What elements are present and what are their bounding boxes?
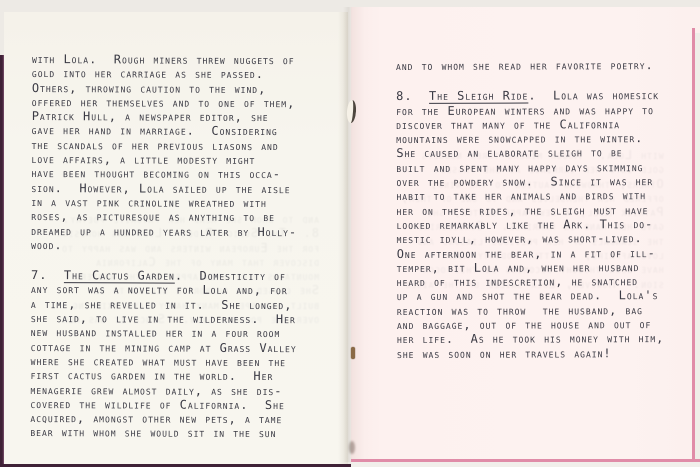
text-line: One afternoon the bear, in a fit of ill- (397, 246, 664, 261)
text-line: wood. (31, 238, 297, 253)
text-line: Others, throwing caution to the wind, (32, 81, 298, 96)
text-line: love affairs, a little modesty might (32, 152, 298, 167)
text-line: first cactus garden in the world. Her (31, 368, 297, 383)
underlined-heading: The Sleigh Ride (429, 89, 528, 103)
text-line: looked remarkably like the Ark. This do- (397, 217, 664, 232)
text-line: built and spent many happy days skimming (396, 160, 663, 175)
text-line: new husband installed her in a four room (31, 325, 297, 340)
text-line: for the European winters and was happy t… (396, 103, 663, 118)
text-line: habit to take her animals and birds with (396, 188, 663, 203)
text-line: mountains were snowcapped in the winter. (396, 131, 663, 146)
text-line: heard of this indescretion, he snatched (397, 274, 664, 289)
paragraph: and to whom she read her favorite poetry… (396, 58, 663, 73)
text-line: menagerie grew almost daily, as she dis- (30, 383, 296, 398)
text-line: discover that many of the California (396, 117, 663, 132)
text-line: the scandals of her previous liasons and (32, 138, 298, 153)
text-line: gave her hand in marriage. Considering (32, 123, 298, 138)
gutter-shadow (343, 7, 355, 462)
text-line: gold into her carriage as she passed. (32, 66, 298, 81)
text-line: she was soon on her travels again! (397, 346, 664, 361)
text-line: have been thought becoming on this occa- (31, 166, 297, 181)
text-line: up a gun and shot the bear dead. Lola's (397, 289, 664, 304)
text-line: acquired, amongst other new pets, a tame (30, 411, 296, 426)
paragraph: with Lola. Rough miners threw nuggets of… (31, 52, 298, 253)
text-line: over the powdery snow. Since it was her (396, 174, 663, 189)
text-line: covered the wildlife of California. She (30, 397, 296, 412)
text-line: offered her themselves and to one of the… (32, 95, 298, 110)
gutter-smudge (349, 441, 355, 454)
text-line: bear with whom she would sit in the sun (30, 425, 296, 440)
text-line: her life. As he took his money with him, (397, 331, 664, 346)
text-line: temper, bit Lola and, when her husband (397, 260, 664, 275)
text-line: 7. The Cactus Garden. Domesticity of (31, 268, 297, 283)
text-line: and baggage, out of the house and out of (397, 317, 664, 332)
paragraph: 8. The Sleigh Ride. Lola was homesickfor… (396, 88, 664, 361)
text-line: 8. The Sleigh Ride. Lola was homesick (396, 88, 663, 103)
staple (351, 347, 355, 359)
scan-strip-right (695, 33, 700, 459)
text-line: with Lola. Rough miners threw nuggets of (32, 52, 298, 67)
text-line: any sort was a novelty for Lola and, for (31, 282, 297, 297)
text-line: She caused an elaborate sleigh to be (396, 146, 663, 161)
text-line: dreamed up a hundred years later by Holl… (31, 224, 297, 239)
text-line: in a vast pink crinoline wreathed with (31, 195, 297, 210)
text-line: a time, she revelled in it. She longed, (31, 297, 297, 312)
text-line: roses, as picturesque as anything to be (31, 209, 297, 224)
scan-strip-bottom (351, 462, 700, 467)
paragraph: 7. The Cactus Garden. Domesticity ofany … (30, 268, 297, 441)
scanned-booklet-spread: and to whom she read her favorite poetry… (0, 0, 700, 467)
scan-edge-left (0, 55, 4, 467)
text-line: mestic idyll, however, was short-lived. (397, 231, 664, 246)
text-line: reaction was to throw the husband, bag (397, 303, 664, 318)
text-line: and to whom she read her favorite poetry… (396, 58, 663, 73)
text-line: where she created what must have been th… (31, 354, 297, 369)
right-page-text: and to whom she read her favorite poetry… (396, 58, 664, 361)
left-page-text: with Lola. Rough miners threw nuggets of… (30, 52, 298, 441)
text-line: Patrick Hull, a newspaper editor, she (32, 109, 298, 124)
underlined-heading: The Cactus Garden (64, 268, 175, 282)
text-line: sion. However, Lola sailed up the aisle (31, 181, 297, 196)
text-line: her on these rides, the sleigh must have (397, 203, 664, 218)
text-line: she said, to live in the wilderness. Her (31, 311, 297, 326)
text-line: cottage in the mining camp at Grass Vall… (31, 340, 297, 355)
